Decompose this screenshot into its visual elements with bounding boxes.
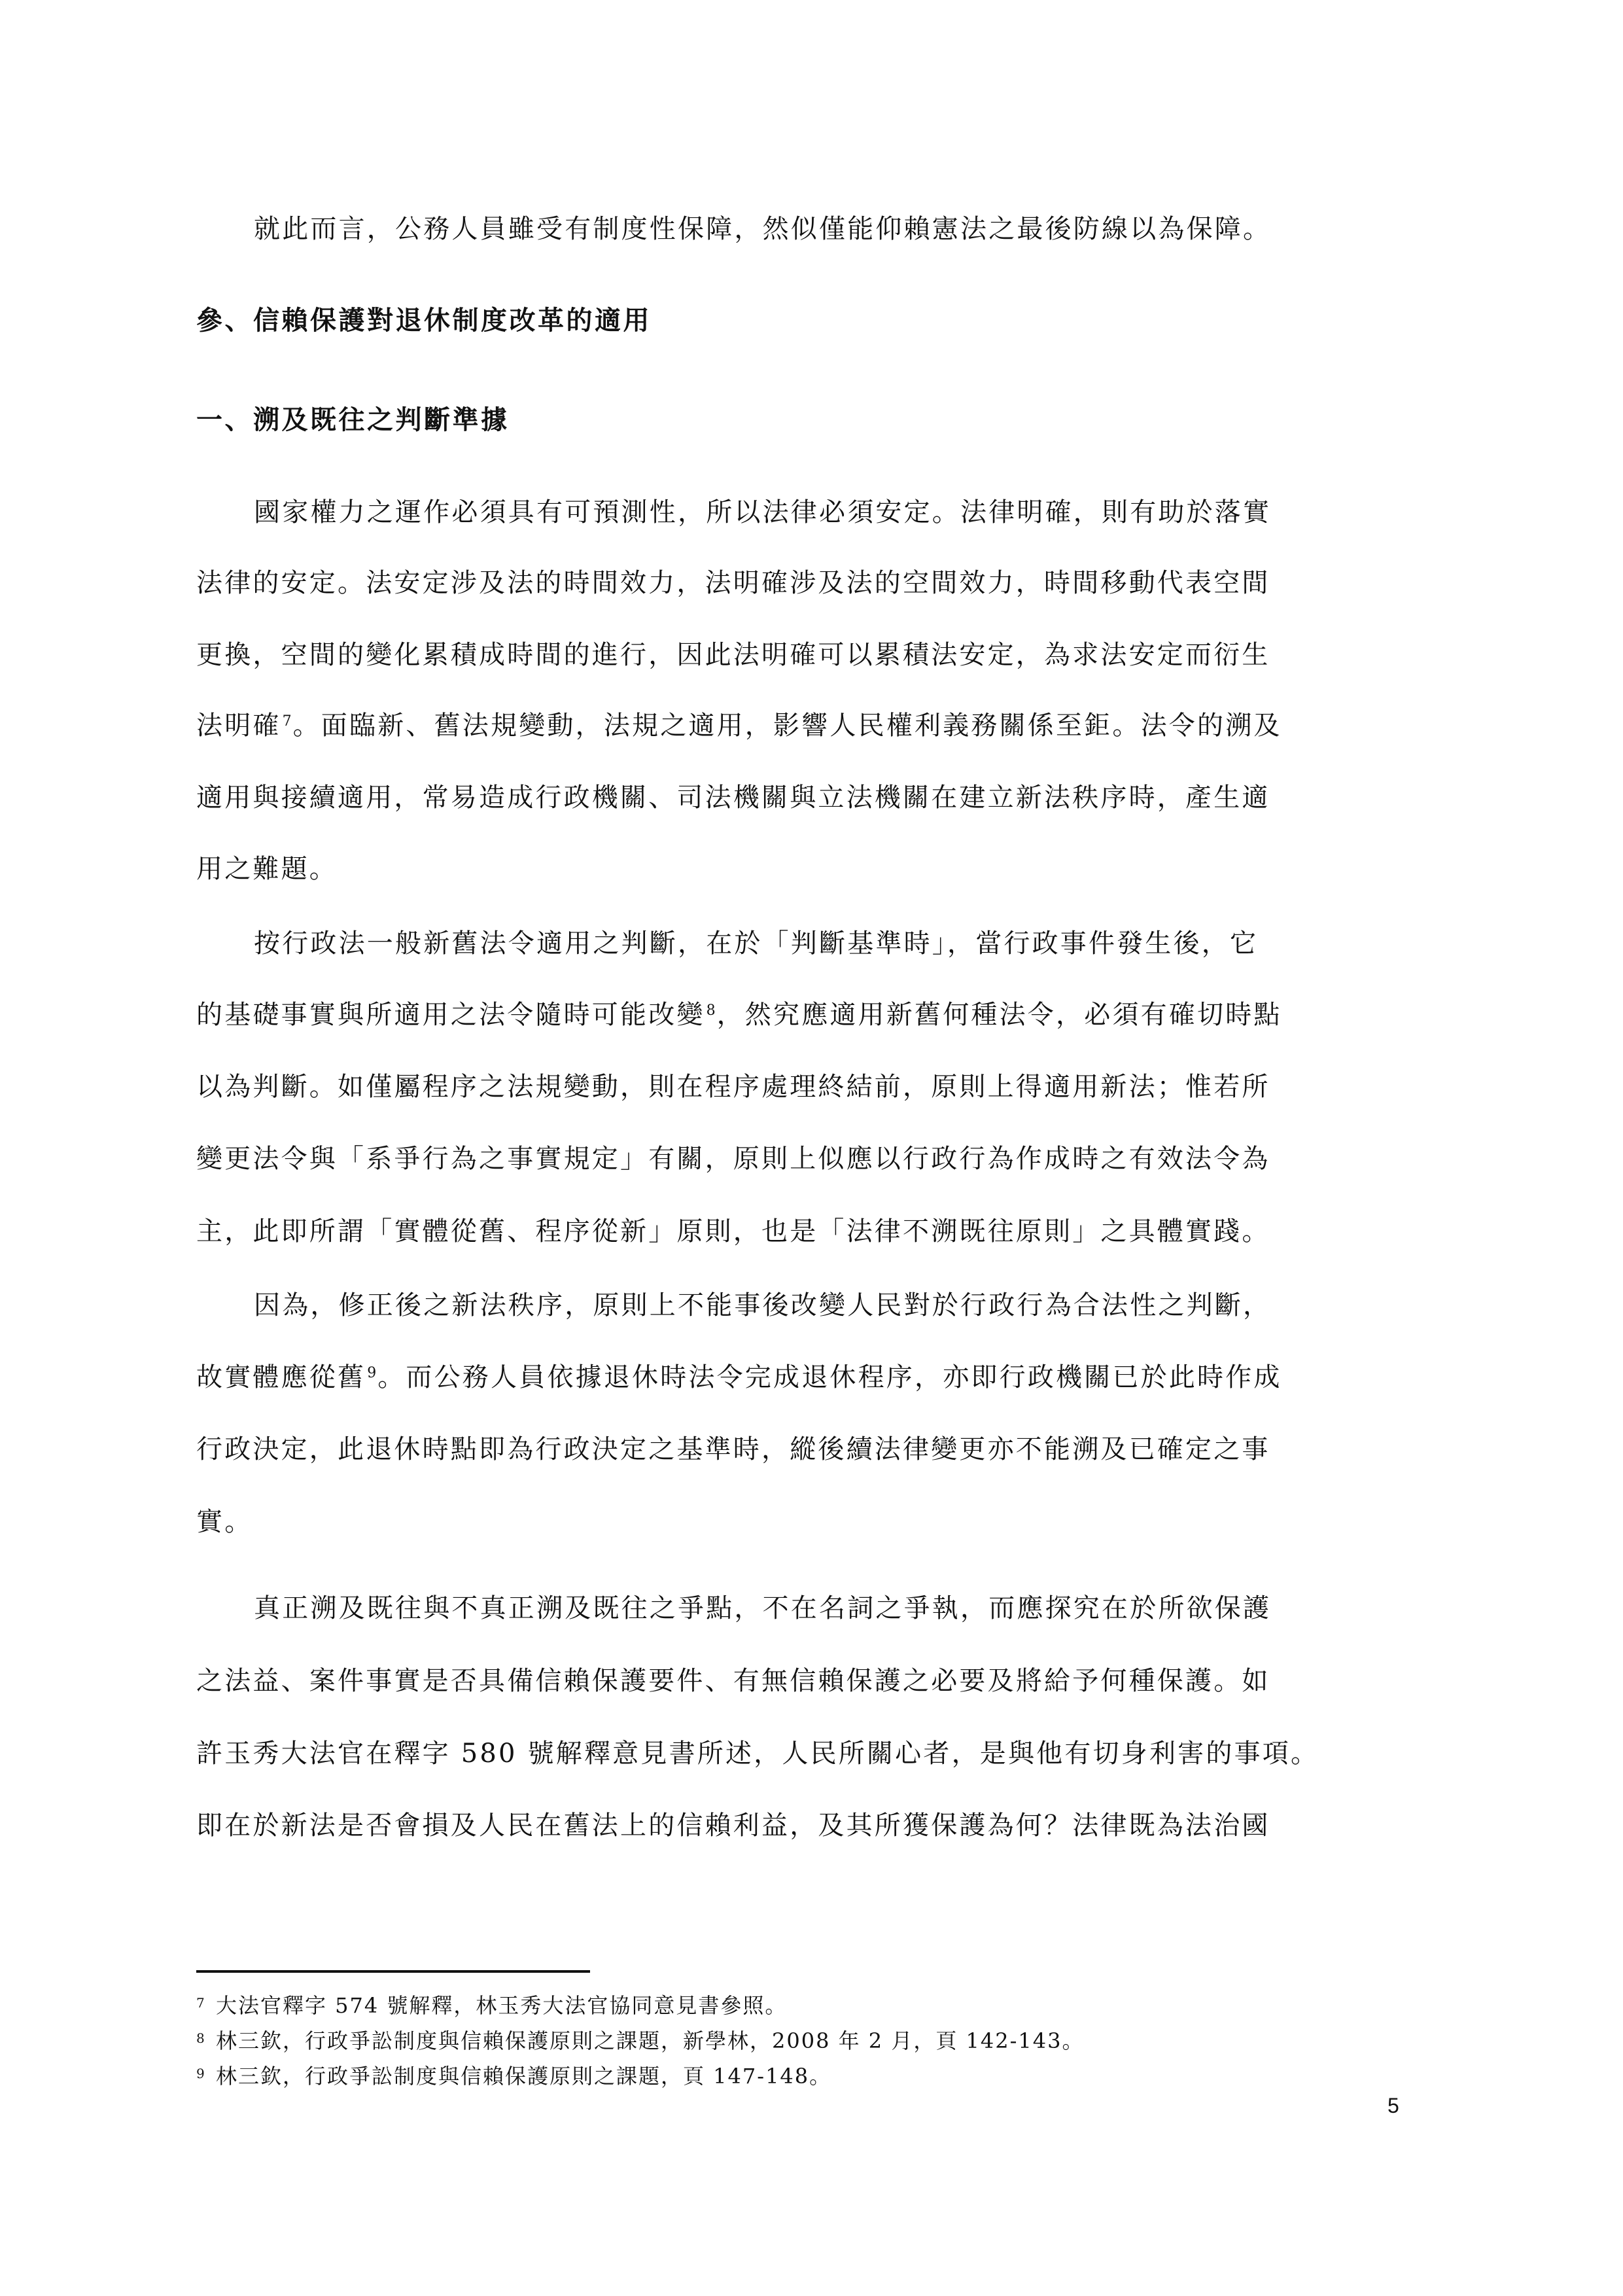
section-heading: 參、信賴保護對退休制度改革的適用 (196, 302, 1439, 339)
footnote-9: 9林三欽，行政爭訟制度與信賴保護原則之課題，頁 147-148。 (196, 2062, 831, 2091)
paragraph-line: 許玉秀大法官在釋字 580 號解釋意見書所述，人民所關心者，是與他有切身利害的事… (196, 1735, 1439, 1772)
document-page: 就此而言，公務人員雖受有制度性保障，然似僅能仰賴憲法之最後防線以為保障。 參、信… (0, 0, 1623, 2296)
text-run: 。而公務人員依據退休時法令完成退休程序，亦即行政機關已於此時作成 (377, 1362, 1282, 1392)
footnote-text: 大法官釋字 574 號解釋，林玉秀大法官協同意見書參照。 (216, 1993, 787, 2018)
text-run: 的基礎事實與所適用之法令隨時可能改變 (196, 1000, 705, 1030)
paragraph-line: 實。 (196, 1504, 1439, 1540)
paragraph-line: 因為，修正後之新法秩序，原則上不能事後改變人民對於行政行為合法性之判斷， (254, 1287, 1439, 1324)
page-number: 5 (1387, 2094, 1399, 2118)
paragraph-line: 適用與接續適用，常易造成行政機關、司法機關與立法機關在建立新法秩序時，產生適 (196, 779, 1439, 816)
footnote-number: 9 (196, 2059, 216, 2088)
text-run: 。面臨新、舊法規變動，法規之適用，影響人民權利義務關係至鉅。法令的溯及 (293, 711, 1282, 741)
text-run: 法明確 (196, 711, 281, 741)
subsection-heading: 一、溯及既往之判斷準據 (196, 402, 1439, 438)
footnote-number: 7 (196, 1988, 216, 2017)
footnote-reference[interactable]: 8 (707, 1002, 716, 1019)
paragraph-line: 以為判斷。如僅屬程序之法規變動，則在程序處理終結前，原則上得適用新法；惟若所 (196, 1069, 1439, 1105)
paragraph-line: 故實體應從舊9。而公務人員依據退休時法令完成退休程序，亦即行政機關已於此時作成 (196, 1359, 1439, 1396)
footnote-reference[interactable]: 7 (283, 713, 292, 730)
paragraph-line: 法明確7。面臨新、舊法規變動，法規之適用，影響人民權利義務關係至鉅。法令的溯及 (196, 707, 1439, 744)
footnote-separator (196, 1970, 590, 1973)
paragraph-line: 就此而言，公務人員雖受有制度性保障，然似僅能仰賴憲法之最後防線以為保障。 (254, 211, 1439, 247)
paragraph-line: 更換，空間的變化累積成時間的進行，因此法明確可以累積法安定，為求法安定而衍生 (196, 637, 1439, 673)
paragraph-line: 國家權力之運作必須具有可預測性，所以法律必須安定。法律明確，則有助於落實 (254, 494, 1439, 531)
paragraph-line: 法律的安定。法安定涉及法的時間效力，法明確涉及法的空間效力，時間移動代表空間 (196, 565, 1439, 601)
footnote-number: 8 (196, 2024, 216, 2053)
paragraph-line: 的基礎事實與所適用之法令隨時可能改變8，然究應適用新舊何種法令，必須有確切時點 (196, 997, 1439, 1033)
text-run: ，然究應適用新舊何種法令，必須有確切時點 (717, 1000, 1282, 1030)
footnote-7: 7大法官釋字 574 號解釋，林玉秀大法官協同意見書參照。 (196, 1991, 787, 2020)
paragraph-line: 行政決定，此退休時點即為行政決定之基準時，縱後續法律變更亦不能溯及已確定之事 (196, 1431, 1439, 1468)
footnote-8: 8林三欽，行政爭訟制度與信賴保護原則之課題，新學林，2008 年 2 月，頁 1… (196, 2026, 1084, 2055)
paragraph-line: 即在於新法是否會損及人民在舊法上的信賴利益，及其所獲保護為何？法律既為法治國 (196, 1807, 1439, 1844)
paragraph-line: 變更法令與「系爭行為之事實規定」有關，原則上似應以行政行為作成時之有效法令為 (196, 1140, 1439, 1177)
text-run: 故實體應從舊 (196, 1362, 366, 1392)
paragraph-line: 用之難題。 (196, 851, 1439, 887)
paragraph-line: 主，此即所謂「實體從舊、程序從新」原則，也是「法律不溯既往原則」之具體實踐。 (196, 1213, 1439, 1250)
footnote-text: 林三欽，行政爭訟制度與信賴保護原則之課題，頁 147-148。 (216, 2064, 831, 2089)
footnote-reference[interactable]: 9 (367, 1365, 376, 1381)
footnote-text: 林三欽，行政爭訟制度與信賴保護原則之課題，新學林，2008 年 2 月，頁 14… (216, 2028, 1084, 2053)
paragraph-line: 真正溯及既往與不真正溯及既往之爭點，不在名詞之爭執，而應探究在於所欲保護 (254, 1590, 1439, 1627)
paragraph-line: 按行政法一般新舊法令適用之判斷，在於「判斷基準時」，當行政事件發生後，它 (254, 925, 1439, 962)
paragraph-line: 之法益、案件事實是否具備信賴保護要件、有無信賴保護之必要及將給予何種保護。如 (196, 1663, 1439, 1699)
